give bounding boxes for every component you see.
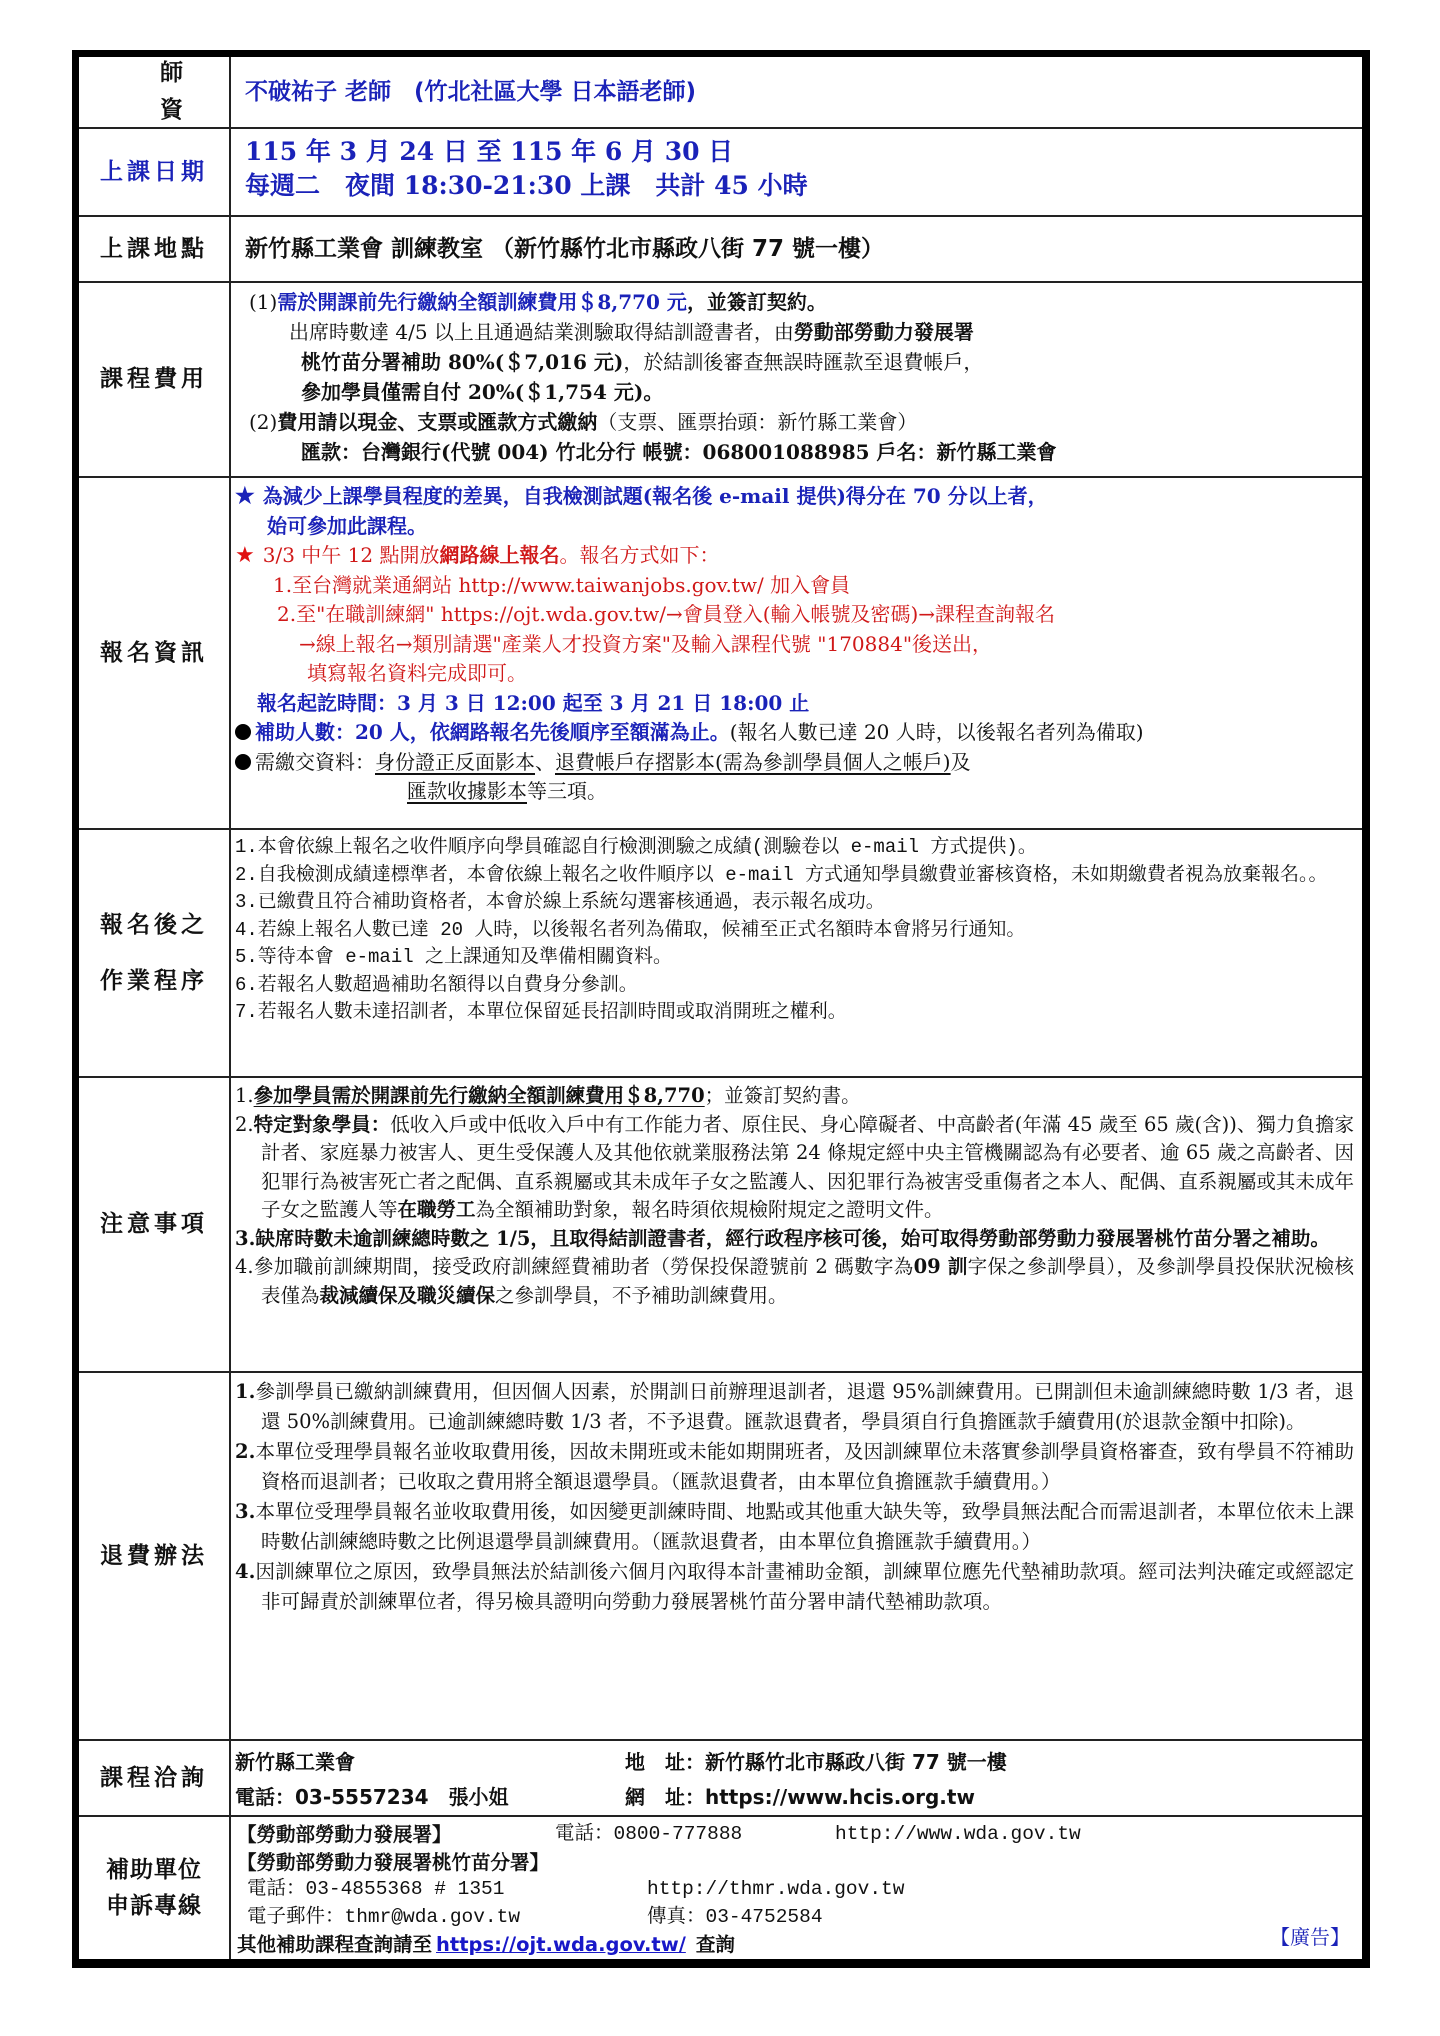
note-4: 4.參加職前訓練期間，接受政府訓練經費補助者（勞保投保證號前 2 碼數字為09 … (235, 1253, 1354, 1310)
label-registration: 報名資訊 (79, 478, 231, 828)
contact-address: 新竹縣竹北市縣政八街 77 號一樓 (705, 1745, 1007, 1780)
registration-quota: 補助人數：20 人，依網路報名先後順序至額滿為止。(報名人數已達 20 人時，以… (235, 718, 1354, 748)
row-fee: 課程費用 (1)需於開課前先行繳納全額訓練費用＄8,770 元，並簽訂契約。 出… (79, 283, 1362, 478)
procedure-step: 1.本會依線上報名之收件順序向學員確認自行檢測測驗之成績(測驗卷以 e-mail… (235, 834, 1354, 862)
content-fee: (1)需於開課前先行繳納全額訓練費用＄8,770 元，並簽訂契約。 出席時數達 … (231, 283, 1362, 476)
label-fee: 課程費用 (79, 283, 231, 476)
teacher-name: 不破祐子 老師 (竹北社區大學 日本語老師) (245, 78, 696, 107)
star-icon: ★ (235, 543, 255, 568)
content-schedule: 115 年 3 月 24 日 至 115 年 6 月 30 日 每週二 夜間 1… (231, 129, 1362, 215)
row-refund: 退費辦法 1.參訓學員已繳納訓練費用，但因個人因素，於開訓日前辦理退訓者，退還 … (79, 1373, 1362, 1741)
label-procedure: 報名後之 作業程序 (79, 830, 231, 1076)
fee-item-1: (1)需於開課前先行繳納全額訓練費用＄8,770 元，並簽訂契約。 (249, 287, 1354, 317)
other-courses-suffix: 查詢 (696, 1931, 735, 1959)
registration-step-1: 1.至台灣就業通網站 http://www.taiwanjobs.gov.tw/… (235, 571, 1354, 601)
registration-documents-cont: 匯款收據影本等三項。 (235, 777, 1354, 807)
registration-note-2: ★3/3 中午 12 點開放網路線上報名。報名方式如下： (235, 541, 1354, 571)
schedule-dates: 115 年 3 月 24 日 至 115 年 6 月 30 日 (245, 135, 1354, 169)
fee-self-pay: 參加學員僅需自付 20%(＄1,754 元)。 (249, 377, 1354, 407)
branch-url: http://thmr.wda.gov.tw (647, 1876, 904, 1904)
content-contact: 新竹縣工業會 地 址： 新竹縣竹北市縣政八街 77 號一樓 電話：03-5557… (231, 1741, 1362, 1815)
registration-documents: 需繳交資料：身份證正反面影本、退費帳戶存摺影本(需為參訓學員個人之帳戶)及 (235, 748, 1354, 778)
contact-phone: 電話：03-5557234 張小姐 (235, 1780, 625, 1815)
refund-rule: 3.本單位受理學員報名並收取費用後，如因變更訓練時間、地點或其他重大缺失等，致學… (235, 1497, 1354, 1557)
label-teacher: 師 資 (79, 57, 231, 127)
ojt-link[interactable]: https://ojt.wda.gov.tw/ (436, 1931, 686, 1959)
content-notes: 1.參加學員需於開課前先行繳納全額訓練費用＄8,770；並簽訂契約書。 2.特定… (231, 1078, 1362, 1371)
refund-rule: 4.因訓練單位之原因，致學員無法於結訓後六個月內取得本計畫補助金額，訓練單位應先… (235, 1557, 1354, 1617)
star-icon: ★ (235, 483, 255, 509)
course-info-sheet: 師 資 不破祐子 老師 (竹北社區大學 日本語老師) 上課日期 115 年 3 … (72, 50, 1370, 1968)
note-3: 3.缺席時數未逾訓練總時數之 1/5，且取得結訓證書者，經行政程序核可後，始可取… (235, 1225, 1354, 1254)
label-complaint-line1: 補助單位 (106, 1852, 202, 1888)
registration-note-1: ★為減少上課學員程度的差異，自我檢測試題(報名後 e-mail 提供)得分在 7… (235, 482, 1354, 512)
label-schedule: 上課日期 (79, 129, 231, 215)
contact-address-label: 地 址： (625, 1745, 705, 1780)
content-complaint: 【勞動部勞動力發展署】 電話：0800-777888 http://www.wd… (231, 1817, 1362, 1959)
branch-name: 【勞動部勞動力發展署桃竹苗分署】 (237, 1849, 549, 1877)
wda-name: 【勞動部勞動力發展署】 (237, 1821, 555, 1849)
schedule-time: 每週二 夜間 18:30-21:30 上課 共計 45 小時 (245, 169, 1354, 203)
procedure-step: 3.已繳費且符合補助資格者，本會於線上系統勾選審核通過，表示報名成功。 (235, 889, 1354, 917)
row-notes: 注意事項 1.參加學員需於開課前先行繳納全額訓練費用＄8,770；並簽訂契約書。… (79, 1078, 1362, 1373)
content-registration: ★為減少上課學員程度的差異，自我檢測試題(報名後 e-mail 提供)得分在 7… (231, 478, 1362, 828)
content-location: 新竹縣工業會 訓練教室 （新竹縣竹北市縣政八街 77 號一樓） (231, 217, 1362, 281)
fee-bank-account: 匯款：台灣銀行(代號 004) 竹北分行 帳號：068001088985 戶名：… (249, 437, 1354, 467)
refund-rule: 1.參訓學員已繳納訓練費用，但因個人因素，於開訓日前辦理退訓者，退還 95%訓練… (235, 1377, 1354, 1437)
wda-phone: 電話：0800-777888 (555, 1821, 835, 1849)
wda-url: http://www.wda.gov.tw (835, 1821, 1081, 1849)
registration-note-1-cont: 始可參加此課程。 (235, 512, 1354, 542)
procedure-step: 2.自我檢測成績達標準者，本會依線上報名之收件順序以 e-mail 方式通知學員… (235, 862, 1354, 890)
ad-tag: 【廣告】 (1270, 1926, 1350, 1954)
location-address: 新竹縣工業會 訓練教室 （新竹縣竹北市縣政八街 77 號一樓） (245, 235, 884, 264)
row-registration: 報名資訊 ★為減少上課學員程度的差異，自我檢測試題(報名後 e-mail 提供)… (79, 478, 1362, 830)
branch-email: 電子郵件：thmr@wda.gov.tw (247, 1904, 647, 1932)
registration-step-2-end: 填寫報名資料完成即可。 (235, 659, 1354, 689)
row-contact: 課程洽詢 新竹縣工業會 地 址： 新竹縣竹北市縣政八街 77 號一樓 電話：03… (79, 1741, 1362, 1817)
content-teacher: 不破祐子 老師 (竹北社區大學 日本語老師) (231, 57, 1362, 127)
content-refund: 1.參訓學員已繳納訓練費用，但因個人因素，於開訓日前辦理退訓者，退還 95%訓練… (231, 1373, 1362, 1739)
contact-org: 新竹縣工業會 (235, 1745, 625, 1780)
note-2: 2.特定對象學員：低收入戶或中低收入戶中有工作能力者、原住民、身心障礙者、中高齡… (235, 1111, 1354, 1225)
label-notes: 注意事項 (79, 1078, 231, 1371)
label-complaint: 補助單位 申訴專線 (79, 1817, 231, 1959)
procedure-step: 6.若報名人數超過補助名額得以自費身分參訓。 (235, 972, 1354, 1000)
fee-item-1-detail: 出席時數達 4/5 以上且通過結業測驗取得結訓證書者，由勞動部勞動力發展署 (249, 317, 1354, 347)
note-1: 1.參加學員需於開課前先行繳納全額訓練費用＄8,770；並簽訂契約書。 (235, 1082, 1354, 1111)
row-teacher: 師 資 不破祐子 老師 (竹北社區大學 日本語老師) (79, 57, 1362, 129)
fee-item-2: (2)費用請以現金、支票或匯款方式繳納（支票、匯票抬頭：新竹縣工業會） (249, 407, 1354, 437)
registration-period: 報名起訖時間：3 月 3 日 12:00 起至 3 月 21 日 18:00 止 (235, 689, 1354, 719)
label-complaint-line2: 申訴專線 (106, 1888, 202, 1924)
row-location: 上課地點 新竹縣工業會 訓練教室 （新竹縣竹北市縣政八街 77 號一樓） (79, 217, 1362, 283)
procedure-step: 7.若報名人數未達招訓者，本單位保留延長招訓時間或取消開班之權利。 (235, 999, 1354, 1027)
row-procedure: 報名後之 作業程序 1.本會依線上報名之收件順序向學員確認自行檢測測驗之成績(測… (79, 830, 1362, 1078)
procedure-step: 5.等待本會 e-mail 之上課通知及準備相關資料。 (235, 944, 1354, 972)
label-procedure-line2: 作業程序 (100, 953, 208, 1009)
bullet-icon (235, 724, 251, 740)
other-courses-prefix: 其他補助課程查詢請至 (237, 1931, 432, 1959)
branch-phone: 電話：03-4855368 # 1351 (247, 1876, 647, 1904)
bullet-icon (235, 754, 251, 770)
label-procedure-line1: 報名後之 (100, 897, 208, 953)
contact-web: https://www.hcis.org.tw (705, 1780, 975, 1815)
refund-rule: 2.本單位受理學員報名並收取費用後，因故未開班或未能如期開班者，及因訓練單位未落… (235, 1437, 1354, 1497)
row-schedule: 上課日期 115 年 3 月 24 日 至 115 年 6 月 30 日 每週二… (79, 129, 1362, 217)
registration-step-2-cont: →線上報名→類別請選"產業人才投資方案"及輸入課程代號 "170884"後送出， (235, 630, 1354, 660)
content-procedure: 1.本會依線上報名之收件順序向學員確認自行檢測測驗之成績(測驗卷以 e-mail… (231, 830, 1362, 1076)
registration-step-2: 2.至"在職訓練網" https://ojt.wda.gov.tw/→會員登入(… (235, 600, 1354, 630)
procedure-step: 4.若線上報名人數已達 20 人時，以後報名者列為備取，候補至正式名額時本會將另… (235, 917, 1354, 945)
label-location: 上課地點 (79, 217, 231, 281)
label-refund: 退費辦法 (79, 1373, 231, 1739)
contact-web-label: 網 址： (625, 1780, 705, 1815)
fee-subsidy: 桃竹苗分署補助 80%(＄7,016 元)，於結訓後審查無誤時匯款至退費帳戶， (249, 347, 1354, 377)
row-complaint: 補助單位 申訴專線 【勞動部勞動力發展署】 電話：0800-777888 htt… (79, 1817, 1362, 1959)
fee-total: 需於開課前先行繳納全額訓練費用＄8,770 元 (277, 290, 687, 314)
branch-fax: 傳真：03-4752584 (647, 1904, 823, 1932)
label-contact: 課程洽詢 (79, 1741, 231, 1815)
